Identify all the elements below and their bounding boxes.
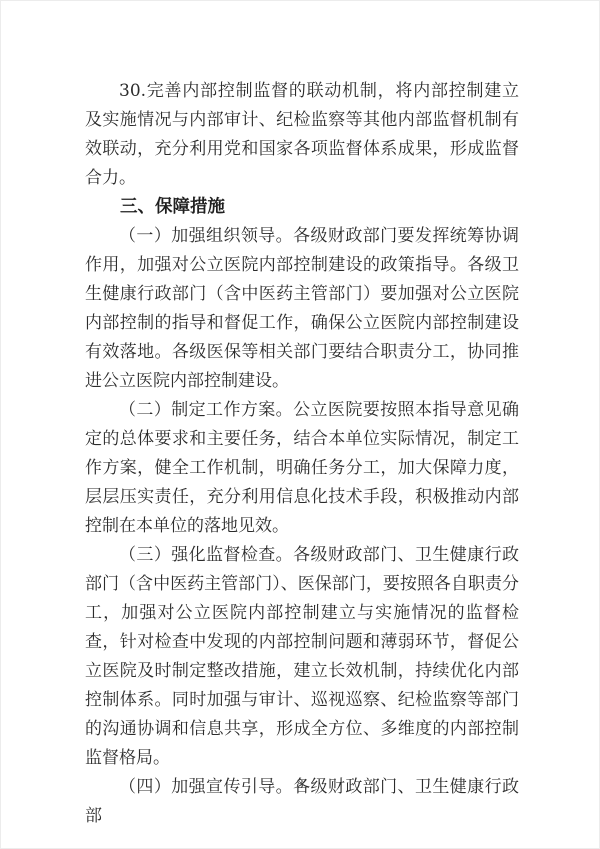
section-heading-safeguard-measures: 三、保障措施 xyxy=(85,193,519,222)
page-number: 8 xyxy=(1,776,599,792)
document-content: 30.完善内部控制监督的联动机制，将内部控制建立及实施情况与内部审计、纪检监察等… xyxy=(85,77,519,831)
paragraph-1-organizational-leadership: （一）加强组织领导。各级财政部门要发挥统筹协调作用，加强对公立医院内部控制建设的… xyxy=(85,222,519,396)
document-page: 30.完善内部控制监督的联动机制，将内部控制建立及实施情况与内部审计、纪检监察等… xyxy=(0,0,600,849)
paragraph-2-work-plan: （二）制定工作方案。公立医院要按照本指导意见确定的总体要求和主要任务，结合本单位… xyxy=(85,396,519,541)
paragraph-30-linkage-mechanism: 30.完善内部控制监督的联动机制，将内部控制建立及实施情况与内部审计、纪检监察等… xyxy=(85,77,519,193)
paragraph-3-supervision-inspection: （三）强化监督检查。各级财政部门、卫生健康行政部门（含中医药主管部门）、医保部门… xyxy=(85,541,519,773)
